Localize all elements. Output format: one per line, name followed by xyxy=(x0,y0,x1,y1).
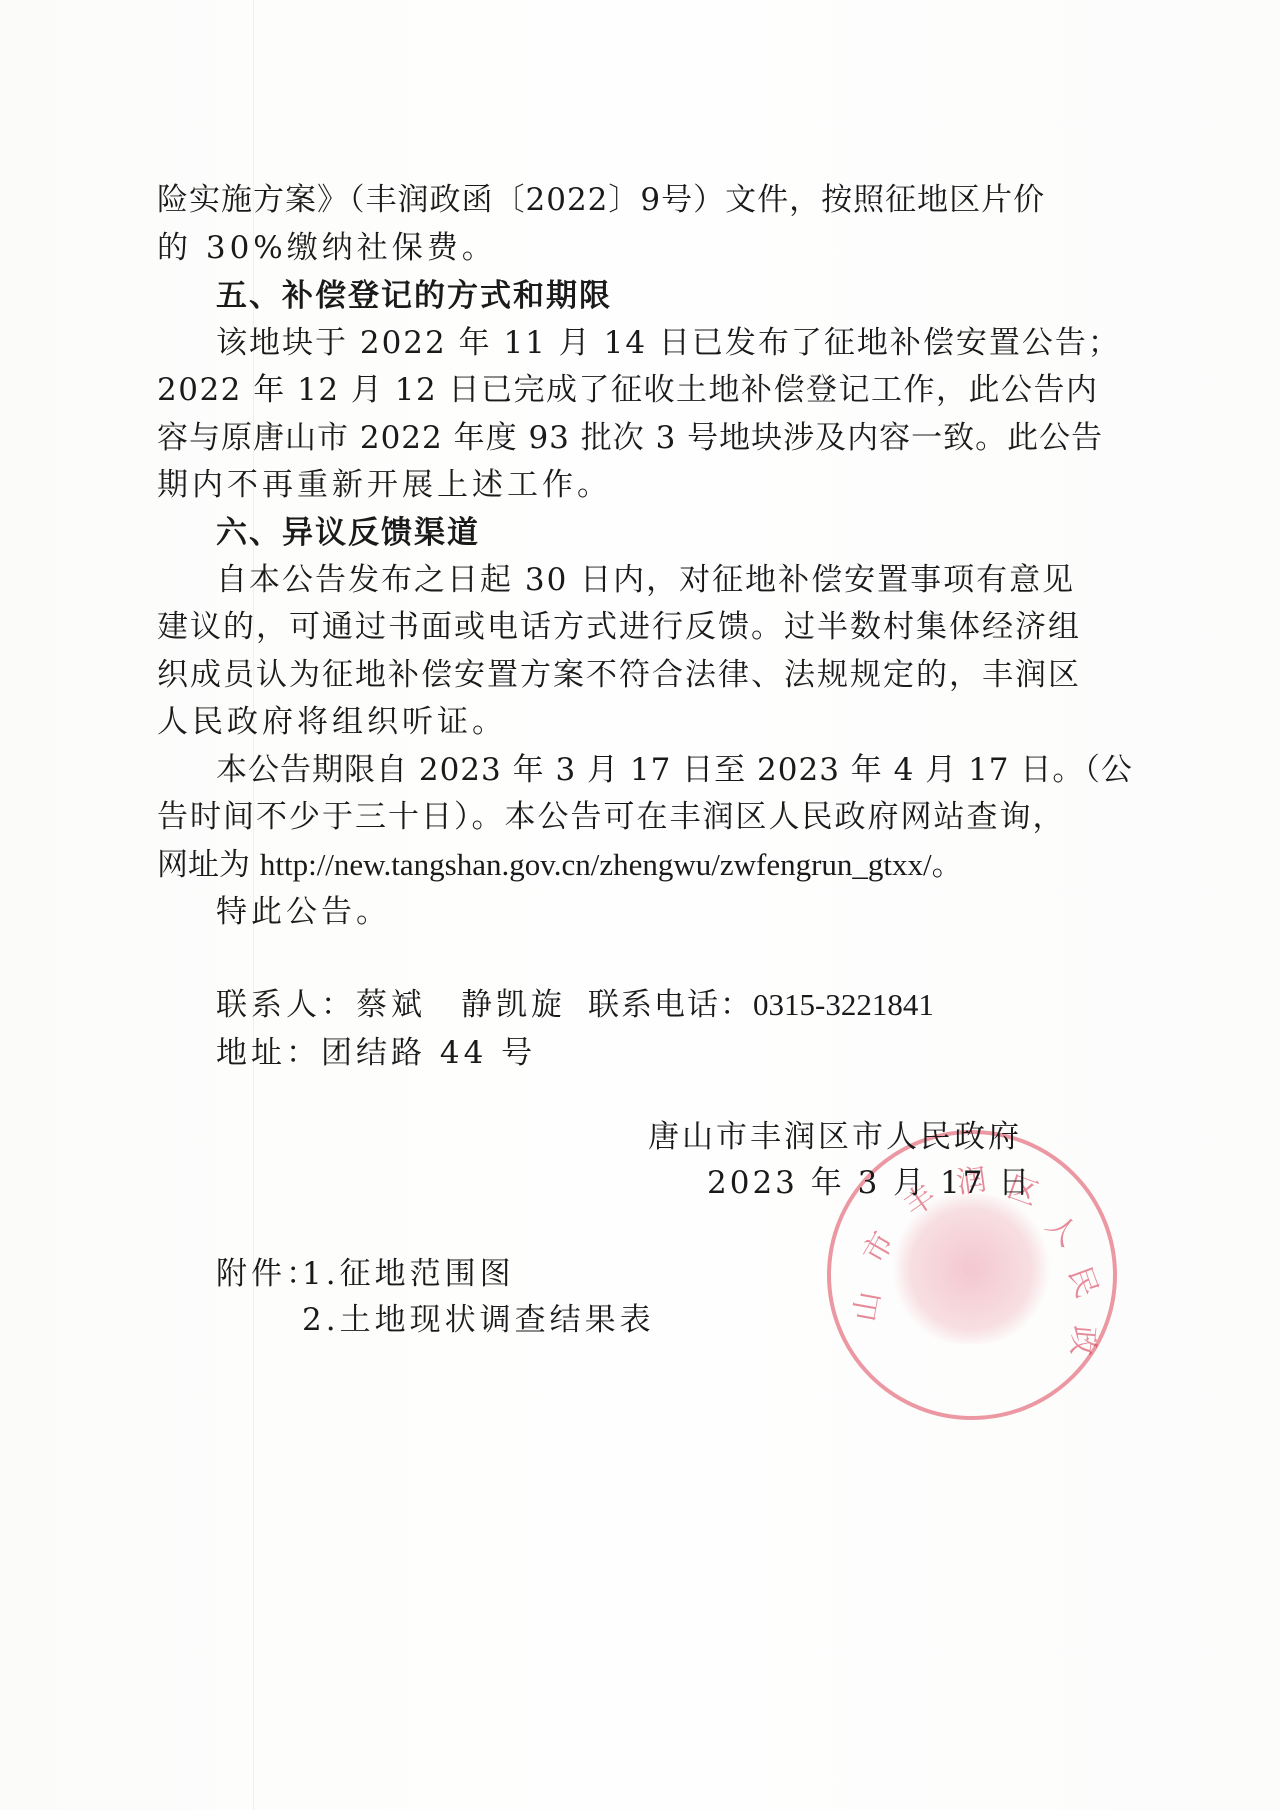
issue-date: 2023 年 3 月 17 日 xyxy=(707,1163,1032,1203)
contact-address: 地址：团结路 44 号 xyxy=(216,1033,536,1073)
url-prefix: 网址为 xyxy=(157,847,260,883)
seal-char: 民 xyxy=(1060,1259,1112,1302)
paragraph-line: 本公告期限自 2023 年 3 月 17 日至 2023 年 4 月 17 日。… xyxy=(216,750,1133,790)
paragraph-line: 自本公告发布之日起 30 日内，对征地补偿安置事项有意见 xyxy=(216,560,1075,600)
paragraph-line: 建议的，可通过书面或电话方式进行反馈。过半数村集体经济组 xyxy=(157,607,1081,647)
contact-phone-label: 联系电话： xyxy=(588,987,753,1023)
contact-person: 联系人：蔡斌 静凯旋 xyxy=(216,985,566,1025)
contact-phone-number: 0315-3221841 xyxy=(753,987,934,1022)
section-heading-5: 五、补偿登记的方式和期限 xyxy=(216,276,612,316)
contact-address-value: 团结路 44 号 xyxy=(321,1035,536,1071)
paragraph-line: 险实施方案》（丰润政函〔2022〕9号）文件，按照征地区片价 xyxy=(157,180,973,220)
document-page: 险实施方案》（丰润政函〔2022〕9号）文件，按照征地区片价 的 30%缴纳社保… xyxy=(0,0,1280,1810)
section-heading-6: 六、异议反馈渠道 xyxy=(216,513,480,553)
paragraph-line: 容与原唐山市 2022 年度 93 批次 3 号地块涉及内容一致。此公告 xyxy=(157,418,1103,458)
paragraph-line: 2022 年 12 月 12 日已完成了征收土地补偿登记工作，此公告内 xyxy=(157,370,1099,410)
paragraph-line: 人民政府将组织听证。 xyxy=(157,702,507,742)
paragraph-line: 该地块于 2022 年 11 月 14 日已发布了征地补偿安置公告； xyxy=(216,323,1121,363)
attachment-item: 1.征地范围图 xyxy=(302,1254,515,1294)
paragraph-line: 期内不再重新开展上述工作。 xyxy=(157,465,612,505)
contact-address-label: 地址： xyxy=(216,1035,321,1071)
notice-url-link[interactable]: http://new.tangshan.gov.cn/zhengwu/zwfen… xyxy=(260,847,932,882)
closing-text: 特此公告。 xyxy=(216,892,391,932)
issuer-name: 唐山市丰润区市人民政府 xyxy=(648,1117,1022,1157)
contact-phone: 联系电话：0315-3221841 xyxy=(588,985,934,1025)
attachment-item: 2.土地现状调查结果表 xyxy=(302,1300,655,1340)
paragraph-line: 织成员认为征地补偿安置方案不符合法律、法规规定的，丰润区 xyxy=(157,655,1081,695)
seal-char: 政 xyxy=(1063,1324,1109,1358)
paragraph-line: 告时间不少于三十日）。本公告可在丰润区人民政府网站查询， xyxy=(157,797,1066,837)
contact-person-names: 蔡斌 静凯旋 xyxy=(356,987,566,1023)
url-suffix: 。 xyxy=(932,847,963,883)
seal-char: 山 xyxy=(840,1287,889,1324)
contact-person-label: 联系人： xyxy=(216,987,356,1023)
paragraph-line: 的 30%缴纳社保费。 xyxy=(157,228,497,268)
paragraph-line: 网址为 http://new.tangshan.gov.cn/zhengwu/z… xyxy=(157,845,963,885)
